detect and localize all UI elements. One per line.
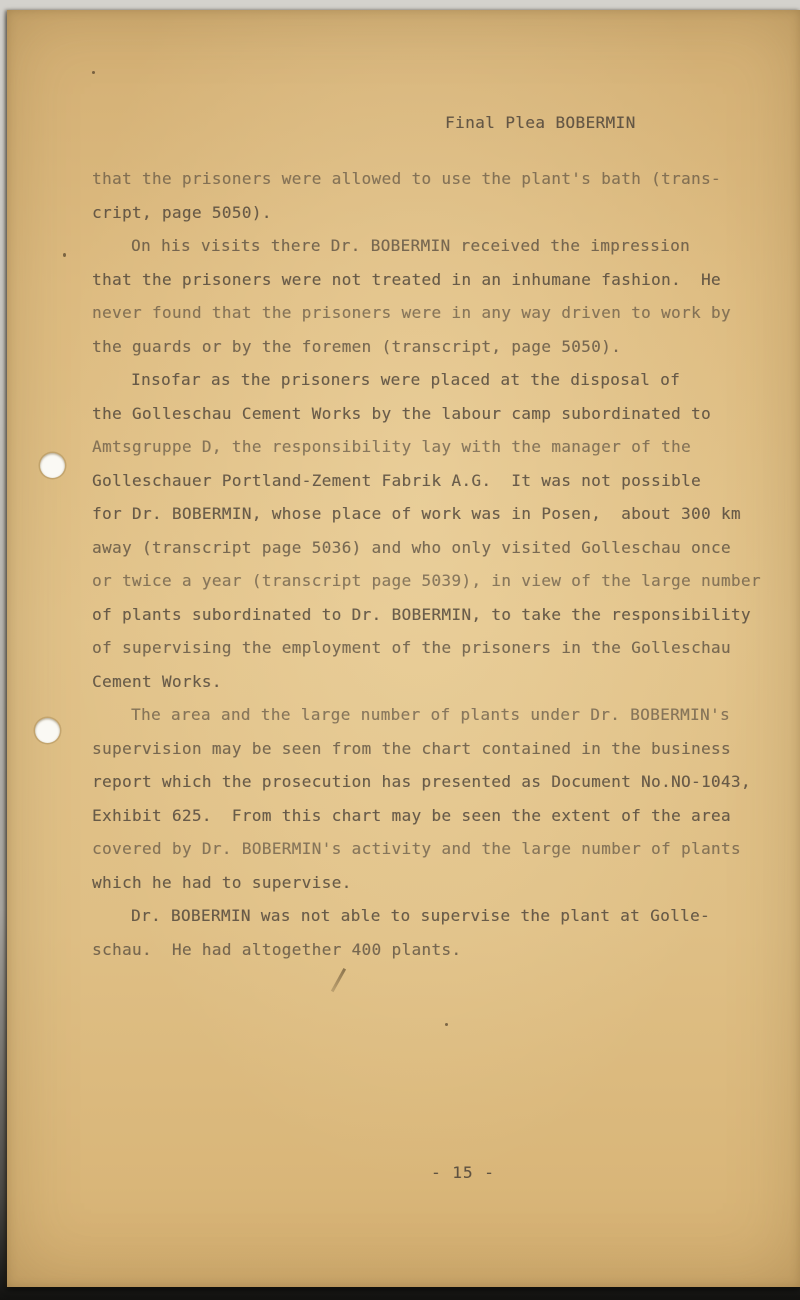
pencil-mark (331, 968, 346, 992)
page-number: - 15 - (431, 1163, 495, 1182)
hole-punch-bottom-icon (35, 718, 60, 743)
document-line: away (transcript page 5036) and who only… (92, 531, 792, 565)
document-line: that the prisoners were allowed to use t… (92, 162, 792, 196)
document-line: Cement Works. (92, 665, 792, 699)
document-line: the guards or by the foremen (transcript… (92, 330, 792, 364)
document-line: Insofar as the prisoners were placed at … (92, 363, 792, 397)
document-line: for Dr. BOBERMIN, whose place of work wa… (92, 497, 792, 531)
dust-speck (63, 253, 66, 257)
document-line: supervision may be seen from the chart c… (92, 732, 792, 766)
document-line: never found that the prisoners were in a… (92, 296, 792, 330)
document-line: On his visits there Dr. BOBERMIN receive… (92, 229, 792, 263)
document-line: or twice a year (transcript page 5039), … (92, 564, 792, 598)
document-page: Final Plea BOBERMIN that the prisoners w… (7, 10, 800, 1287)
document-line: Amtsgruppe D, the responsibility lay wit… (92, 430, 792, 464)
dust-speck (92, 71, 95, 74)
document-line: Dr. BOBERMIN was not able to supervise t… (92, 899, 792, 933)
hole-punch-top-icon (40, 453, 65, 478)
document-line: cript, page 5050). (92, 196, 792, 230)
document-line: schau. He had altogether 400 plants. (92, 933, 792, 967)
document-line: the Golleschau Cement Works by the labou… (92, 397, 792, 431)
document-line: report which the prosecution has present… (92, 765, 792, 799)
document-line: covered by Dr. BOBERMIN's activity and t… (92, 832, 792, 866)
document-line: which he had to supervise. (92, 866, 792, 900)
document-line: of supervising the employment of the pri… (92, 631, 792, 665)
document-body: that the prisoners were allowed to use t… (92, 162, 792, 966)
document-line: The area and the large number of plants … (92, 698, 792, 732)
dust-speck (445, 1023, 448, 1026)
document-line: Golleschauer Portland-Zement Fabrik A.G.… (92, 464, 792, 498)
document-header: Final Plea BOBERMIN (445, 113, 636, 132)
document-line: of plants subordinated to Dr. BOBERMIN, … (92, 598, 792, 632)
document-line: that the prisoners were not treated in a… (92, 263, 792, 297)
document-line: Exhibit 625. From this chart may be seen… (92, 799, 792, 833)
